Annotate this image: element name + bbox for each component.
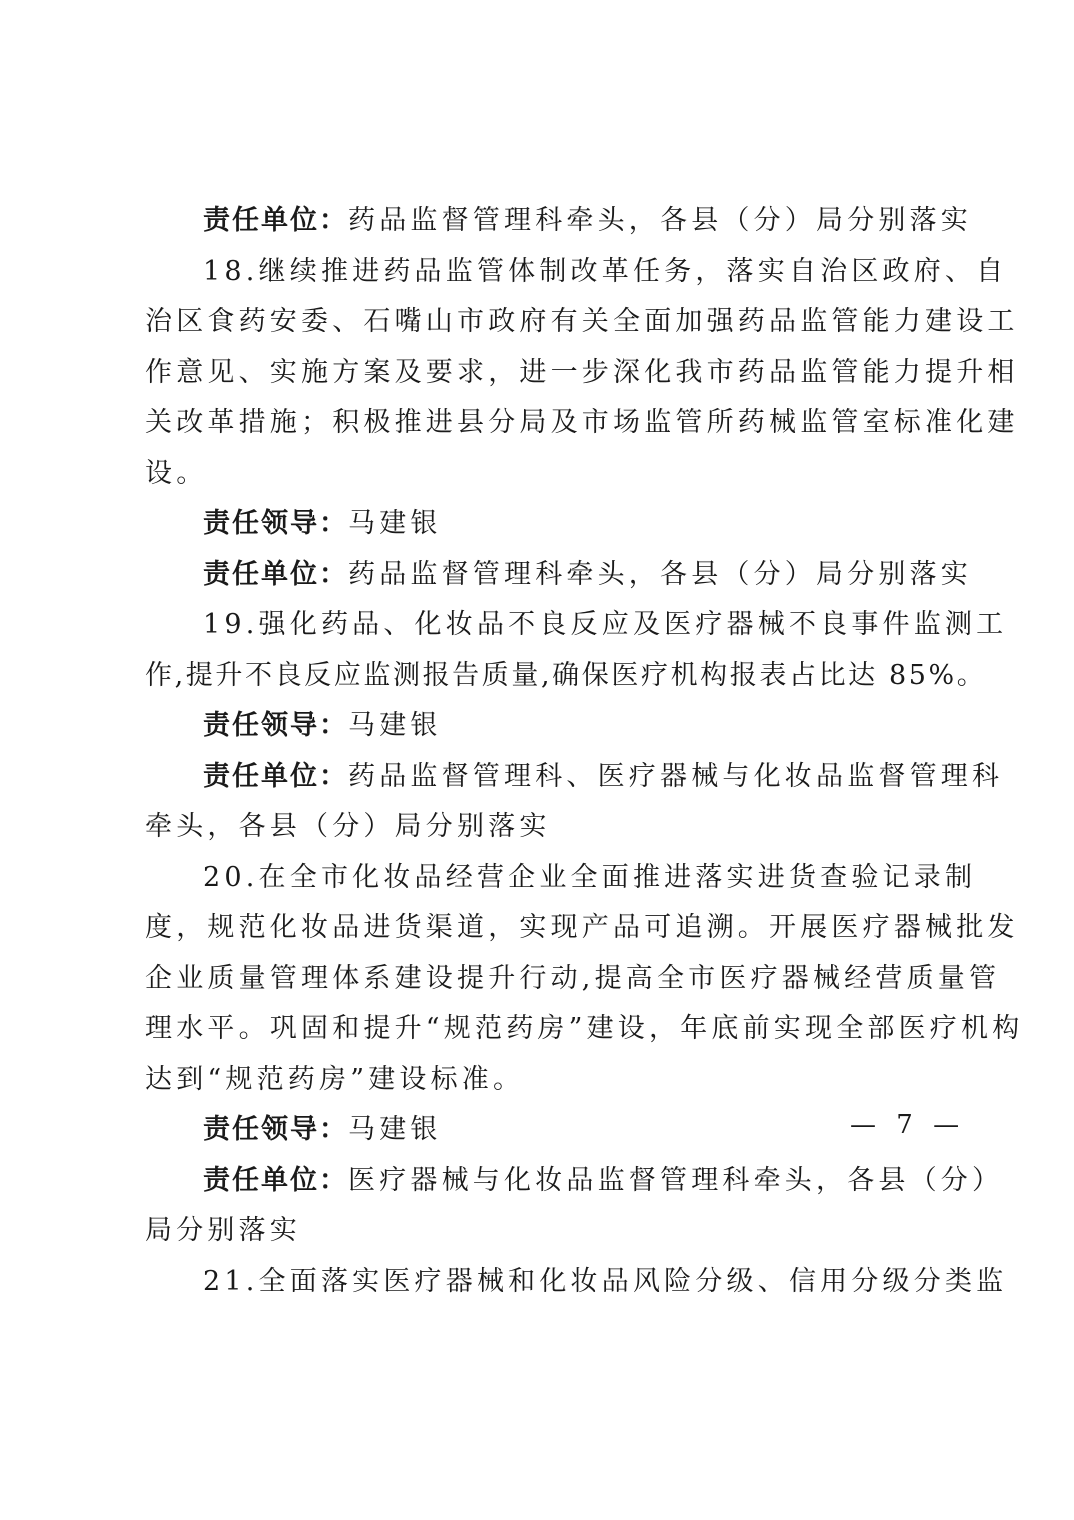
line-text: 医疗器械与化妆品监督管理科牵头，各县（分） — [348, 1165, 1003, 1196]
line-text: 药品监督管理科牵头，各县（分）局分别落实 — [348, 205, 972, 236]
line-text: 企业质量管理体系建设提升行动,提高全市医疗器械经营质量管 — [145, 963, 1000, 994]
line-text: 度，规范化妆品进货渠道，实现产品可追溯。开展医疗器械批发 — [145, 912, 1019, 943]
line-text: 19.强化药品、化妆品不良反应及医疗器械不良事件监测工 — [203, 609, 1007, 640]
line-text: 达到“规范药房”建设标准。 — [145, 1064, 524, 1095]
paragraph-line: 设。 — [145, 449, 945, 500]
label: 责任领导： — [203, 1114, 348, 1145]
line-text: 18.继续推进药品监管体制改革任务，落实自治区政府、自 — [203, 256, 1007, 287]
responsibility-unit-line: 责任单位：医疗器械与化妆品监督管理科牵头，各县（分） — [145, 1156, 945, 1207]
paragraph-line: 局分别落实 — [145, 1206, 945, 1257]
label: 责任领导： — [203, 710, 348, 741]
label: 责任领导： — [203, 508, 348, 539]
line-text: 21.全面落实医疗器械和化妆品风险分级、信用分级分类监 — [203, 1266, 1007, 1297]
line-text: 理水平。巩固和提升“规范药房”建设，年底前实现全部医疗机构 — [145, 1013, 1023, 1044]
label: 责任单位： — [203, 1165, 348, 1196]
responsibility-leader-line: 责任领导：马建银 — [145, 1105, 945, 1156]
line-text: 药品监督管理科、医疗器械与化妆品监督管理科 — [348, 761, 1003, 792]
line-text: 局分别落实 — [145, 1215, 301, 1246]
item-20-line: 20.在全市化妆品经营企业全面推进落实进货查验记录制 — [145, 853, 945, 904]
line-text: 牵头，各县（分）局分别落实 — [145, 811, 551, 842]
paragraph-line: 治区食药安委、石嘴山市政府有关全面加强药品监管能力建设工 — [145, 297, 945, 348]
line-text: 设。 — [145, 458, 207, 489]
document-body: 责任单位：药品监督管理科牵头，各县（分）局分别落实 18.继续推进药品监管体制改… — [145, 196, 945, 1307]
paragraph-line: 达到“规范药房”建设标准。 — [145, 1055, 945, 1106]
label: 责任单位： — [203, 559, 348, 590]
responsibility-unit-line: 责任单位：药品监督管理科牵头，各县（分）局分别落实 — [145, 196, 945, 247]
page-number: — 7 — — [850, 1110, 965, 1140]
line-text: 20.在全市化妆品经营企业全面推进落实进货查验记录制 — [203, 862, 976, 893]
responsibility-unit-line: 责任单位：药品监督管理科、医疗器械与化妆品监督管理科 — [145, 752, 945, 803]
line-text: 马建银 — [348, 710, 442, 741]
item-18-line: 18.继续推进药品监管体制改革任务，落实自治区政府、自 — [145, 247, 945, 298]
line-text: 马建银 — [348, 1114, 442, 1145]
line-text: 关改革措施；积极推进县分局及市场监管所药械监管室标准化建 — [145, 407, 1019, 438]
paragraph-line: 牵头，各县（分）局分别落实 — [145, 802, 945, 853]
responsibility-unit-line: 责任单位：药品监督管理科牵头，各县（分）局分别落实 — [145, 550, 945, 601]
responsibility-leader-line: 责任领导：马建银 — [145, 499, 945, 550]
item-21-line: 21.全面落实医疗器械和化妆品风险分级、信用分级分类监 — [145, 1257, 945, 1308]
paragraph-line: 关改革措施；积极推进县分局及市场监管所药械监管室标准化建 — [145, 398, 945, 449]
paragraph-line: 作,提升不良反应监测报告质量,确保医疗机构报表占比达 85%。 — [145, 651, 945, 702]
line-text: 治区食药安委、石嘴山市政府有关全面加强药品监管能力建设工 — [145, 306, 1019, 337]
paragraph-line: 作意见、实施方案及要求，进一步深化我市药品监管能力提升相 — [145, 348, 945, 399]
label: 责任单位： — [203, 205, 348, 236]
line-text: 作意见、实施方案及要求，进一步深化我市药品监管能力提升相 — [145, 357, 1019, 388]
line-text: 马建银 — [348, 508, 442, 539]
item-19-line: 19.强化药品、化妆品不良反应及医疗器械不良事件监测工 — [145, 600, 945, 651]
paragraph-line: 度，规范化妆品进货渠道，实现产品可追溯。开展医疗器械批发 — [145, 903, 945, 954]
responsibility-leader-line: 责任领导：马建银 — [145, 701, 945, 752]
paragraph-line: 企业质量管理体系建设提升行动,提高全市医疗器械经营质量管 — [145, 954, 945, 1005]
line-text: 药品监督管理科牵头，各县（分）局分别落实 — [348, 559, 972, 590]
label: 责任单位： — [203, 761, 348, 792]
line-text: 作,提升不良反应监测报告质量,确保医疗机构报表占比达 85%。 — [145, 660, 986, 691]
paragraph-line: 理水平。巩固和提升“规范药房”建设，年底前实现全部医疗机构 — [145, 1004, 945, 1055]
